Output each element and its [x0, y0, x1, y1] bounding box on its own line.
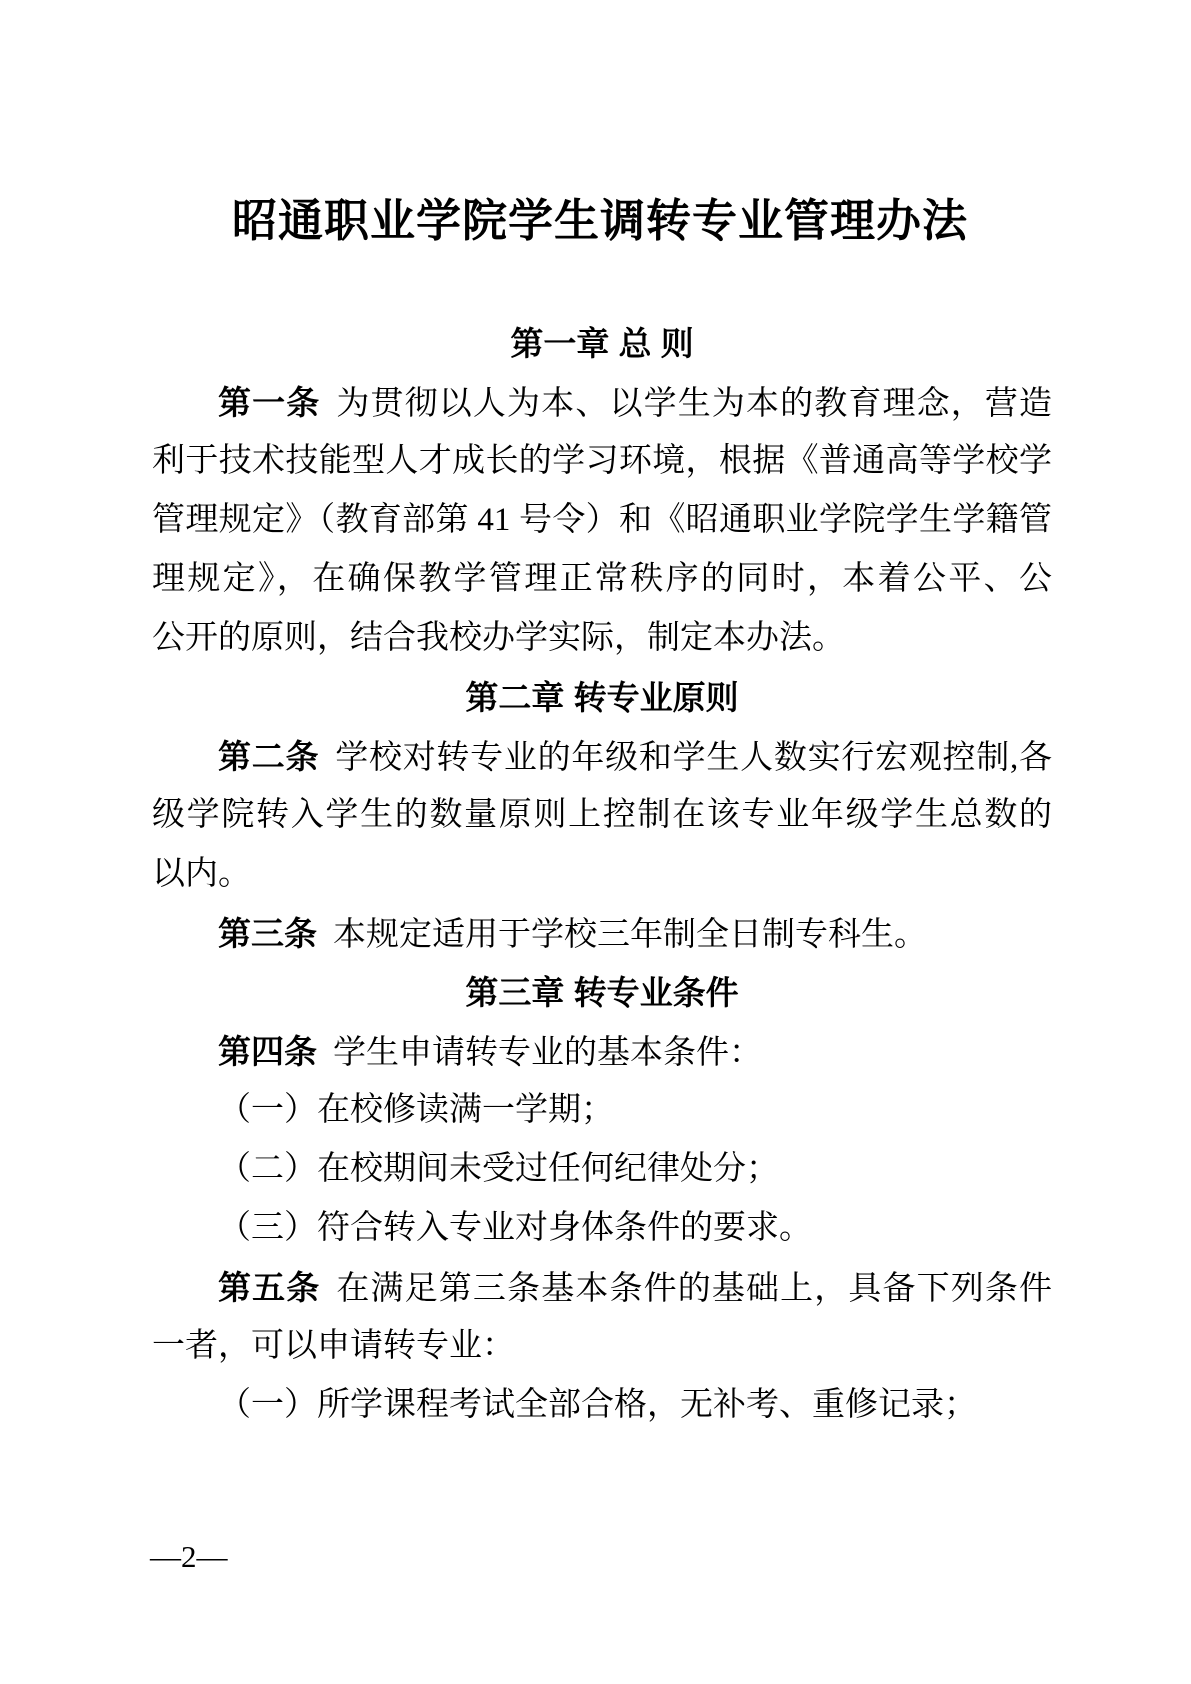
- article-3-number: 第三条: [218, 915, 317, 952]
- article-1-line-2: 利于技术技能型人才成长的学习环境，根据《普通高等学校学生: [152, 432, 1052, 491]
- article-5-line-1: 第五条在满足第三条基本条件的基础上，具备下列条件之: [152, 1258, 1052, 1317]
- article-4-number: 第四条: [218, 1033, 317, 1070]
- article-4-item-1: （一）在校修读满一学期；: [152, 1081, 1052, 1140]
- article-5-line-2: 一者，可以申请转专业：: [152, 1317, 1052, 1376]
- article-2-line-1: 第二条学校对转专业的年级和学生人数实行宏观控制,各二: [152, 727, 1052, 786]
- article-3-line-1: 第三条本规定适用于学校三年制全日制专科生。: [152, 904, 1052, 963]
- article-4-line-1: 第四条学生申请转专业的基本条件：: [152, 1022, 1052, 1081]
- article-2-number: 第二条: [218, 738, 319, 775]
- article-3-text-1: 本规定适用于学校三年制全日制专科生。: [333, 917, 927, 953]
- chapter-1-heading: 第一章 总 则: [152, 314, 1052, 373]
- chapter-2-heading: 第二章 转专业原则: [152, 668, 1052, 727]
- article-1-line-3: 管理规定》（教育部第 41 号令）和《昭通职业学院学生学籍管: [152, 491, 1052, 550]
- article-2-line-3: 以内。: [152, 845, 1052, 904]
- document-title: 昭通职业学院学生调转专业管理办法: [150, 192, 1050, 250]
- document-body: 第一章 总 则 第一条为贯彻以人为本、以学生为本的教育理念，营造有 利于技术技能…: [152, 314, 1052, 1435]
- article-4-item-2: （二）在校期间未受过任何纪律处分；: [152, 1140, 1052, 1199]
- page-number: —2—: [150, 1537, 228, 1577]
- article-1-number: 第一条: [218, 384, 320, 421]
- article-2-line-2: 级学院转入学生的数量原则上控制在该专业年级学生总数的 10%: [152, 786, 1052, 845]
- document-page: 昭通职业学院学生调转专业管理办法 第一章 总 则 第一条为贯彻以人为本、以学生为…: [0, 0, 1191, 1684]
- article-1-line-4: 理规定》，在确保教学管理正常秩序的同时，本着公平、公正、: [152, 550, 1052, 609]
- article-1-line-1: 第一条为贯彻以人为本、以学生为本的教育理念，营造有: [152, 373, 1052, 432]
- article-4-item-3: （三）符合转入专业对身体条件的要求。: [152, 1199, 1052, 1258]
- article-5-item-1: （一）所学课程考试全部合格，无补考、重修记录；: [152, 1376, 1052, 1435]
- article-4-text-1: 学生申请转专业的基本条件：: [333, 1035, 762, 1071]
- article-1-line-5: 公开的原则，结合我校办学实际，制定本办法。: [152, 609, 1052, 668]
- chapter-3-heading: 第三章 转专业条件: [152, 963, 1052, 1022]
- article-5-number: 第五条: [218, 1269, 320, 1306]
